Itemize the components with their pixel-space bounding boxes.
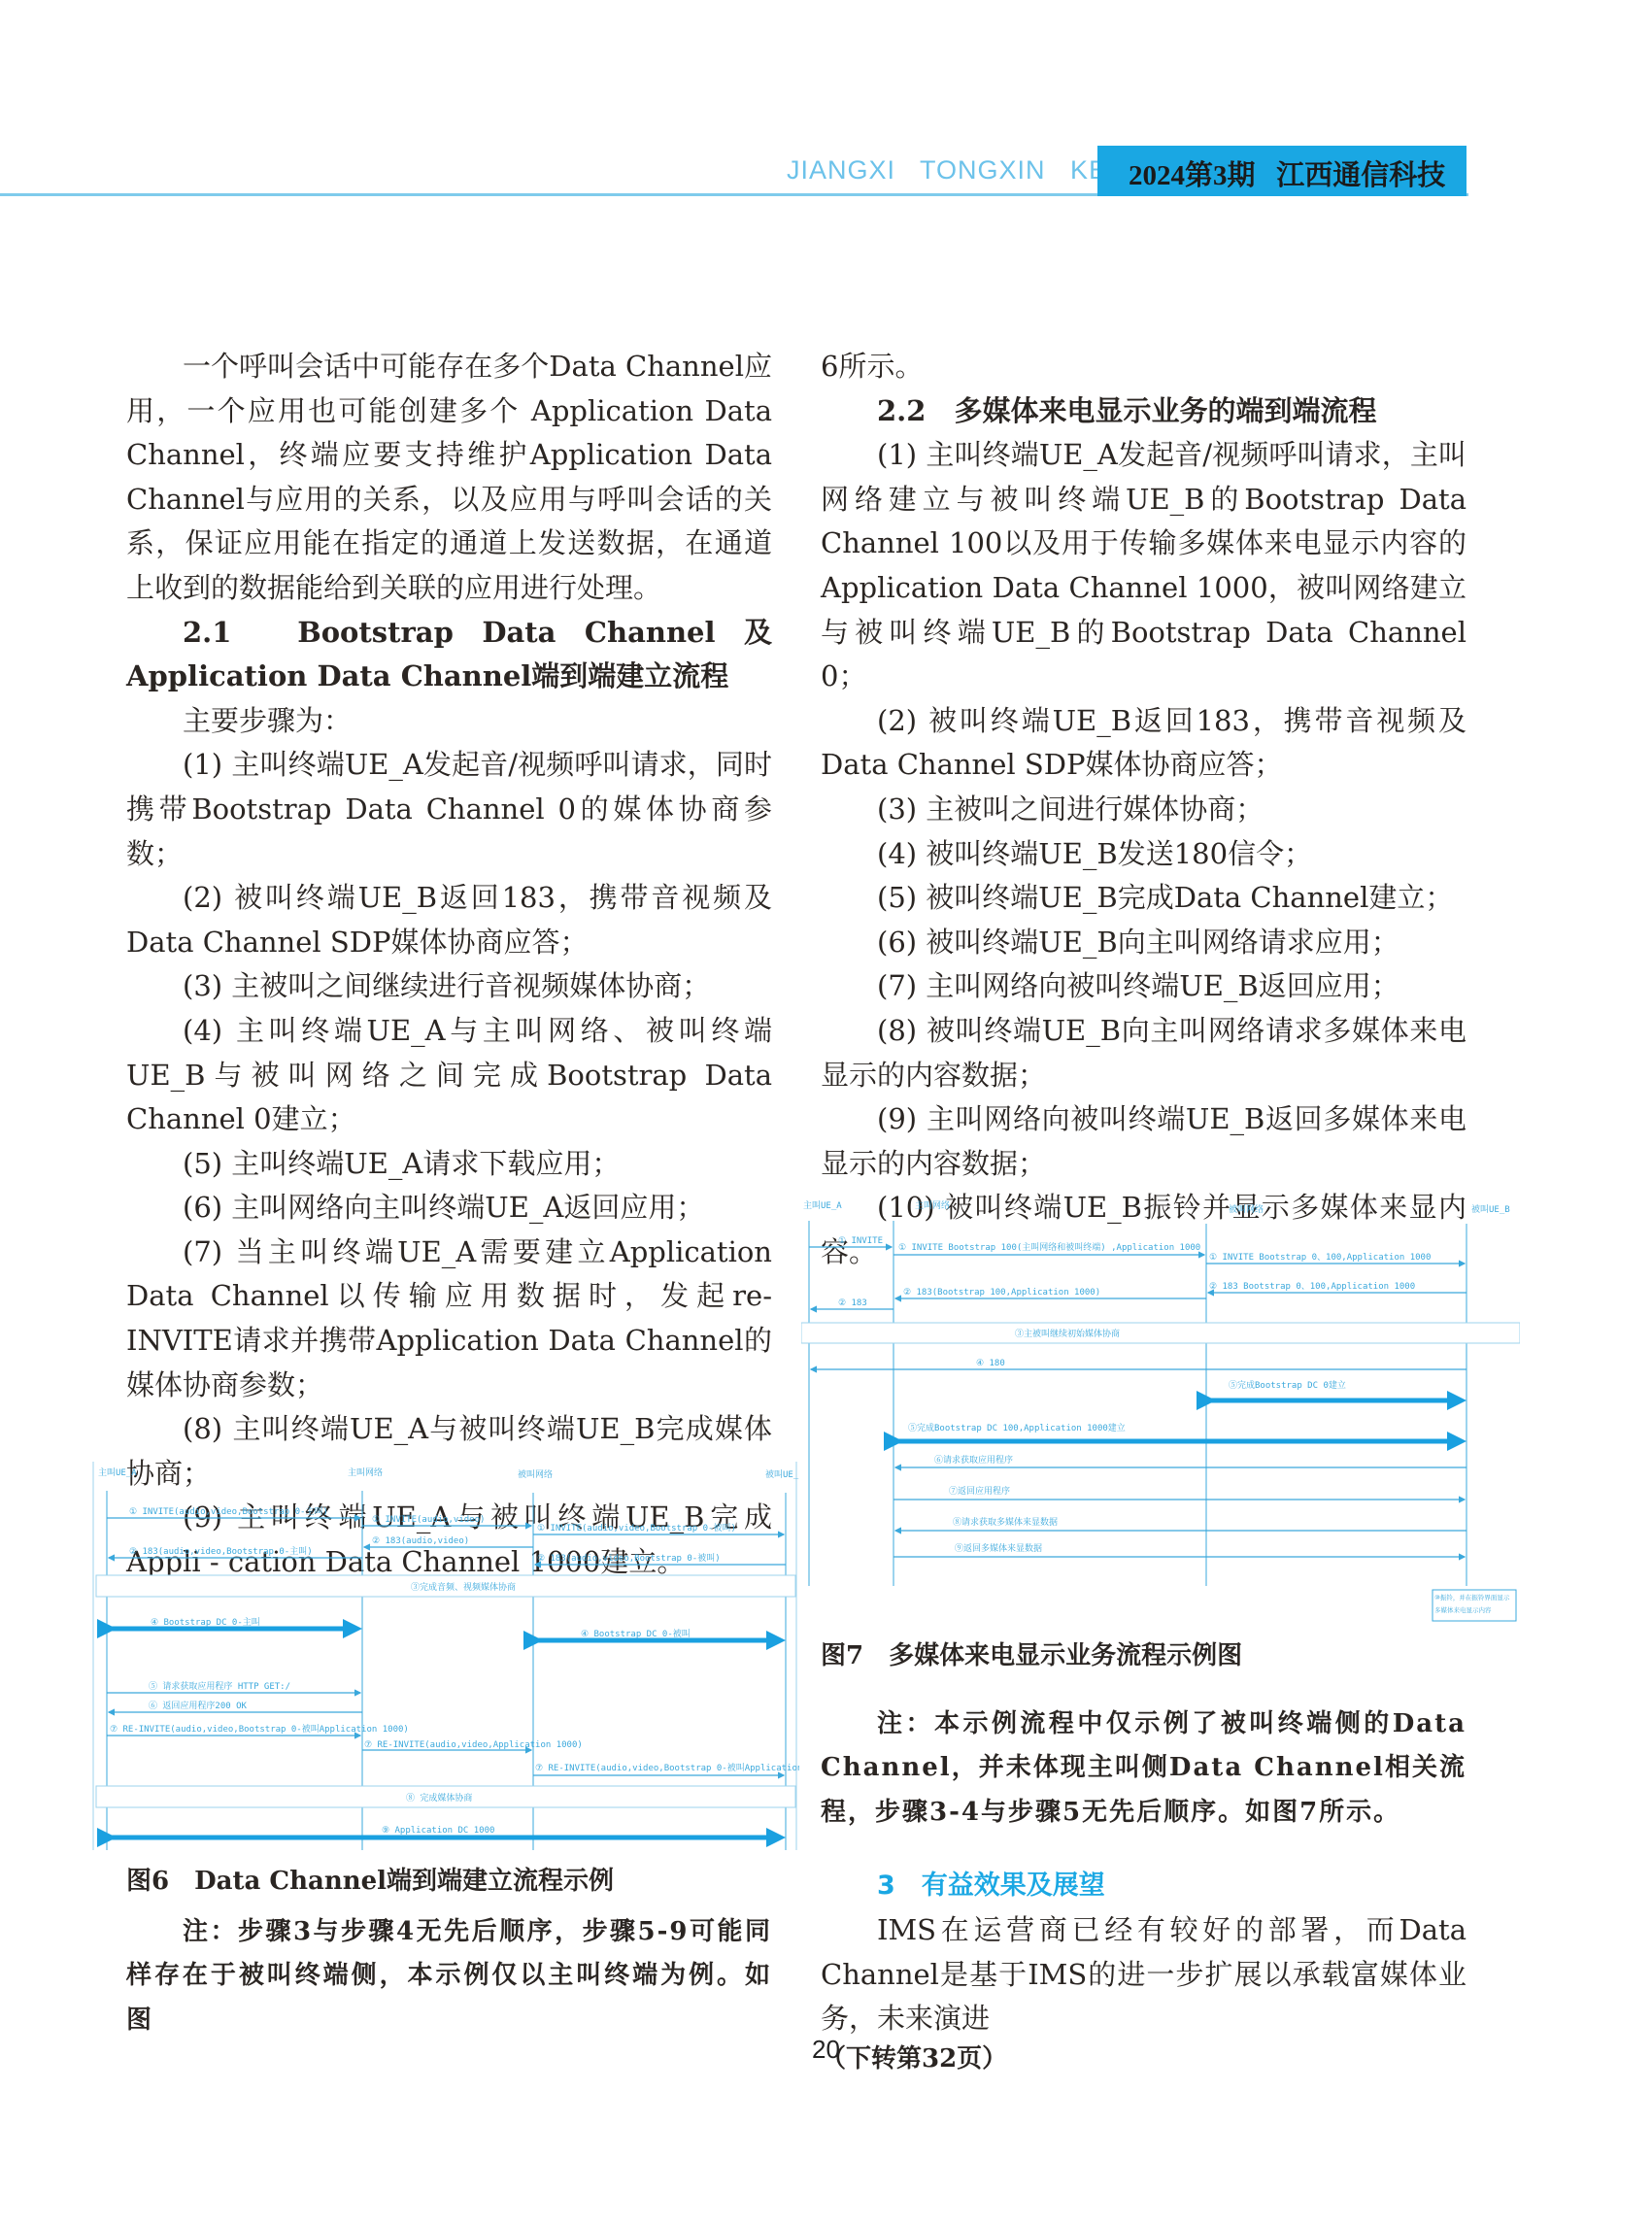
r-step-2: (2) 被叫终端UE_B返回183，携带音视频及Data Channel SDP…: [821, 699, 1467, 788]
step-1: (1) 主叫终端UE_A发起音/视频呼叫请求，同时携带Bootstrap Dat…: [126, 743, 772, 876]
r-step-1: (1) 主叫终端UE_A发起音/视频呼叫请求，主叫网络建立与被叫终端UE_B的B…: [821, 433, 1467, 699]
issue-banner: 2024第3期 江西通信科技: [1097, 146, 1467, 196]
msg-7a: ⑦ RE-INVITE(audio,video,Bootstrap 0-被叫Ap…: [110, 1723, 409, 1735]
actor-callee-net: 被叫网络: [518, 1468, 553, 1480]
f7-msg-5b: ⑤完成Bootstrap DC 100,Application 1000建立: [908, 1422, 1126, 1433]
issue-label: 2024第3期 江西通信科技: [1129, 153, 1445, 193]
f7-msg-5a: ⑤完成Bootstrap DC 0建立: [1229, 1379, 1346, 1391]
f7-msg-4: ④ 180: [976, 1359, 1005, 1368]
step-4: (4) 主叫终端UE_A与主叫网络、被叫终端UE_B与被叫网络之间完成Boots…: [126, 1009, 772, 1142]
step-3: (3) 主被叫之间继续进行音视频媒体协商；: [126, 964, 772, 1009]
msg-1a: ① INVITE(audio,video,Bootstrap 0-主叫): [129, 1505, 328, 1517]
f7-actor-callee-net: 被叫网络: [1229, 1203, 1264, 1215]
left-column: 一个呼叫会话中可能存在多个Data Channel应用，一个应用也可能创建多个 …: [126, 345, 772, 1585]
f7-msg-8: ⑧请求获取多媒体来显数据: [953, 1516, 1058, 1528]
section-3-paragraph: IMS在运营商已经有较好的部署，而Data Channel是基于IMS的进一步扩…: [821, 1908, 1467, 2041]
actor-ue-a: 主叫UE_A: [98, 1466, 137, 1478]
section-3-heading: 3 有益效果及展望: [821, 1864, 1467, 1908]
f7-msg-9: ⑨返回多媒体来显数据: [955, 1542, 1042, 1554]
r-step-3: (3) 主被叫之间进行媒体协商；: [821, 788, 1467, 832]
f7-msg-2a: ② 183 Bootstrap 0、100,Application 1000: [1209, 1282, 1415, 1292]
steps-intro: 主要步骤为：: [126, 699, 772, 744]
f7-actor-ue-b: 被叫UE_B: [1471, 1203, 1510, 1215]
f7-actor-ue-a: 主叫UE_A: [803, 1199, 842, 1211]
journal-name-en: JIANGXI TONGXIN KEJI: [787, 155, 1129, 185]
f7-msg-3: ③主被叫继续初始媒体协商: [1015, 1328, 1120, 1339]
figure-7-note: 注：本示例流程中仅示例了被叫终端侧的Data Channel，并未体现主叫侧Da…: [821, 1702, 1467, 1836]
msg-2c: ② 183(audio,video,Bootstrap 0-主叫): [129, 1545, 313, 1557]
figure-6-sequence-diagram: 主叫UE_A 主叫网络 被叫网络 被叫UE_B ① INVITE(audio,v…: [90, 1462, 799, 1850]
step-6: (6) 主叫网络向主叫终端UE_A返回应用；: [126, 1186, 772, 1230]
f7-msg-1a: ① INVITE: [838, 1236, 883, 1246]
msg-1b: ① INVITE(audio,video): [372, 1515, 485, 1525]
msg-8: ⑧ 完成媒体协商: [406, 1792, 472, 1804]
msg-7b: ⑦ RE-INVITE(audio,video,Application 1000…: [364, 1740, 583, 1750]
right-column-bottom: 图7 多媒体来电显示业务流程示例图 注：本示例流程中仅示例了被叫终端侧的Data…: [821, 1635, 1467, 2076]
r-step-4: (4) 被叫终端UE_B发送180信令；: [821, 832, 1467, 877]
r-step-6: (6) 被叫终端UE_B向主叫网络请求应用；: [821, 921, 1467, 965]
figure-6-caption: 图6 Data Channel端到端建立流程示例: [126, 1860, 772, 1905]
msg-3: ③完成音频、视频媒体协商: [411, 1581, 516, 1593]
figure-6-note: 注：步骤3与步骤4无先后顺序，步骤5-9可能同样存在于被叫终端侧，本示例仅以主叫…: [126, 1910, 772, 2043]
actor-caller-net: 主叫网络: [348, 1466, 383, 1478]
step-7: (7) 当主叫终端UE_A需要建立Application Data Channe…: [126, 1230, 772, 1407]
msg-2a: ② 183(audio,video,Bootstrap 0-被叫): [537, 1552, 721, 1564]
msg-1c: ① INVITE(audio,video,Bootstrap 0-被叫): [537, 1522, 736, 1534]
r-step-9: (9) 主叫网络向被叫终端UE_B返回多媒体来电显示的内容数据；: [821, 1097, 1467, 1186]
msg-4b: ④ Bootstrap DC 0-被叫: [581, 1628, 691, 1639]
f7-msg-2c: ② 183: [838, 1298, 867, 1308]
actor-ue-b: 被叫UE_B: [765, 1468, 799, 1480]
section-2-1-heading: 2.1 Bootstrap Data Channel 及 Application…: [126, 611, 772, 699]
figure-7-sequence-diagram: 主叫UE_A 主叫网络 被叫网络 被叫UE_B ① INVITE ① INVIT…: [801, 1199, 1520, 1627]
f7-msg-1c: ① INVITE Bootstrap 0、100,Application 100…: [1209, 1253, 1431, 1263]
intro-paragraph: 一个呼叫会话中可能存在多个Data Channel应用，一个应用也可能创建多个 …: [126, 345, 772, 611]
msg-9: ⑨ Application DC 1000: [382, 1826, 494, 1836]
continuation-text: 6所示。: [821, 345, 1467, 389]
f7-msg-2b: ② 183(Bootstrap 100,Application 1000): [903, 1288, 1100, 1298]
figure-7-caption: 图7 多媒体来电显示业务流程示例图: [821, 1635, 1467, 1679]
r-step-8: (8) 被叫终端UE_B向主叫网络请求多媒体来电显示的内容数据；: [821, 1009, 1467, 1097]
f7-msg-10: ⑩振铃，并在振铃界面显示多媒体来电显示内容: [1434, 1592, 1514, 1617]
f7-actor-caller-net: 主叫网络: [915, 1199, 950, 1211]
r-step-7: (7) 主叫网络向被叫终端UE_B返回应用；: [821, 964, 1467, 1009]
msg-5: ⑤ 请求获取应用程序 HTTP GET:/: [149, 1680, 290, 1692]
r-step-5: (5) 被叫终端UE_B完成Data Channel建立；: [821, 876, 1467, 921]
section-2-2-heading: 2.2 多媒体来电显示业务的端到端流程: [821, 389, 1467, 434]
f7-msg-7: ⑦返回应用程序: [949, 1485, 1010, 1497]
page-number: 20: [0, 2035, 1652, 2065]
msg-2b: ② 183(audio,video): [372, 1536, 469, 1546]
msg-6: ⑥ 返回应用程序200 OK: [149, 1700, 248, 1711]
right-column: 6所示。 2.2 多媒体来电显示业务的端到端流程 (1) 主叫终端UE_A发起音…: [821, 345, 1467, 1274]
msg-7c: ⑦ RE-INVITE(audio,video,Bootstrap 0-被叫Ap…: [535, 1762, 799, 1773]
f7-msg-1b: ① INVITE Bootstrap 100(主叫网络和被叫终端) ,Appli…: [898, 1241, 1200, 1253]
step-2: (2) 被叫终端UE_B返回183，携带音视频及Data Channel SDP…: [126, 876, 772, 964]
msg-4a: ④ Bootstrap DC 0-主叫: [151, 1616, 260, 1628]
left-column-bottom: 图6 Data Channel端到端建立流程示例 注：步骤3与步骤4无先后顺序，…: [126, 1860, 772, 2042]
step-5: (5) 主叫终端UE_A请求下载应用；: [126, 1142, 772, 1187]
f7-msg-6: ⑥请求获取应用程序: [934, 1454, 1013, 1466]
